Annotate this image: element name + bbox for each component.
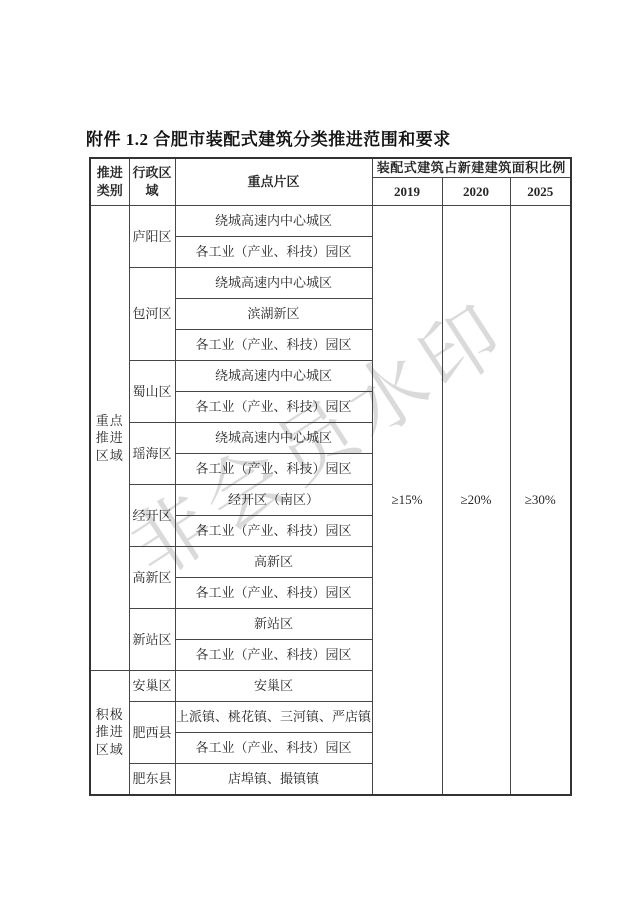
header-ratio-group: 装配式建筑占新建建筑面积比例 — [372, 158, 571, 178]
region-shushan: 蜀山区 — [129, 361, 175, 423]
key-area: 滨湖新区 — [175, 299, 372, 330]
header-category: 推进类别 — [90, 158, 129, 206]
document-page: 非会员水印 附件 1.2 合肥市装配式建筑分类推进范围和要求 推进类别 行政区域… — [0, 0, 636, 900]
key-area: 各工业（产业、科技）园区 — [175, 454, 372, 485]
region-xinzhan: 新站区 — [129, 609, 175, 671]
attachment-title: 附件 1.2 合肥市装配式建筑分类推进范围和要求 — [86, 125, 451, 150]
key-area: 各工业（产业、科技）园区 — [175, 733, 372, 764]
region-jingkai: 经开区 — [129, 485, 175, 547]
header-year-2025: 2025 — [510, 178, 571, 206]
key-area: 绕城高速内中心城区 — [175, 423, 372, 454]
region-luyang: 庐阳区 — [129, 206, 175, 268]
category-active-promotion: 积极推进区域 — [90, 671, 129, 795]
key-area: 各工业（产业、科技）园区 — [175, 516, 372, 547]
header-key-area: 重点片区 — [175, 158, 372, 206]
region-gaoxin: 高新区 — [129, 547, 175, 609]
key-area: 绕城高速内中心城区 — [175, 361, 372, 392]
ratio-2025: ≥30% — [510, 206, 571, 795]
key-area: 绕城高速内中心城区 — [175, 268, 372, 299]
key-area: 高新区 — [175, 547, 372, 578]
key-area: 店埠镇、撮镇镇 — [175, 764, 372, 795]
key-area: 各工业（产业、科技）园区 — [175, 640, 372, 671]
header-year-2019: 2019 — [372, 178, 442, 206]
key-area: 经开区（南区） — [175, 485, 372, 516]
key-area: 各工业（产业、科技）园区 — [175, 330, 372, 361]
key-area: 绕城高速内中心城区 — [175, 206, 372, 237]
key-area: 各工业（产业、科技）园区 — [175, 392, 372, 423]
category-key-promotion: 重点推进区域 — [90, 206, 129, 671]
key-area: 各工业（产业、科技）园区 — [175, 237, 372, 268]
region-feidong: 肥东县 — [129, 764, 175, 795]
region-anchao: 安巢区 — [129, 671, 175, 702]
header-region: 行政区域 — [129, 158, 175, 206]
key-area: 各工业（产业、科技）园区 — [175, 578, 372, 609]
ratio-2019: ≥15% — [372, 206, 442, 795]
region-baohe: 包河区 — [129, 268, 175, 361]
region-feixi: 肥西县 — [129, 702, 175, 764]
ratio-2020: ≥20% — [442, 206, 510, 795]
key-area: 上派镇、桃花镇、三河镇、严店镇 — [175, 702, 372, 733]
key-area: 安巢区 — [175, 671, 372, 702]
region-yaohai: 瑶海区 — [129, 423, 175, 485]
header-year-2020: 2020 — [442, 178, 510, 206]
promotion-scope-table: 推进类别 行政区域 重点片区 装配式建筑占新建建筑面积比例 2019 2020 … — [89, 157, 572, 796]
key-area: 新站区 — [175, 609, 372, 640]
